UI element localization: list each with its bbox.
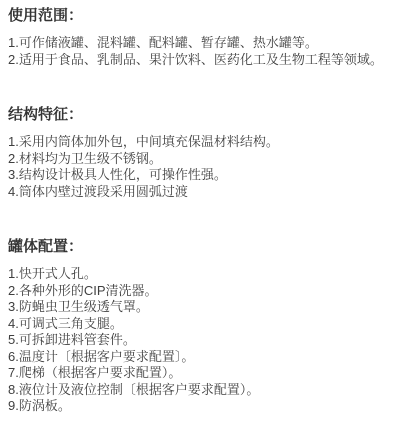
section-heading-tank-configuration: 罐体配置： (8, 238, 390, 256)
list-item: 7.爬梯（根据客户要求配置）。 (8, 365, 390, 382)
list-item: 5.可拆卸进料管套件。 (8, 332, 390, 349)
page: { "colors": { "background": "#ffffff", "… (0, 0, 398, 432)
list-item: 8.液位计及液位控制〔根据客户要求配置）。 (8, 382, 390, 399)
section-heading-usage-scope: 使用范围： (8, 7, 390, 25)
list-item: 3.结构设计极具人性化，可操作性强。 (8, 167, 390, 184)
section-list-usage-scope: 1.可作储液罐、混料罐、配料罐、暂存罐、热水罐等。 2.适用于食品、乳制品、果汁… (8, 35, 390, 68)
section-structural-features: 结构特征： 1.采用内筒体加外包，中间填充保温材料结构。 2.材料均为卫生级不锈… (8, 106, 390, 200)
list-item: 2.材料均为卫生级不锈钢。 (8, 151, 390, 168)
list-item: 3.防蝇虫卫生级透气罩。 (8, 299, 390, 316)
list-item: 9.防涡板。 (8, 398, 390, 415)
product-description-document: 使用范围： 1.可作储液罐、混料罐、配料罐、暂存罐、热水罐等。 2.适用于食品、… (0, 0, 398, 415)
section-usage-scope: 使用范围： 1.可作储液罐、混料罐、配料罐、暂存罐、热水罐等。 2.适用于食品、… (8, 7, 390, 68)
list-item: 2.各种外形的CIP清洗器。 (8, 283, 390, 300)
list-item: 6.温度计〔根据客户要求配置〕。 (8, 349, 390, 366)
section-tank-configuration: 罐体配置： 1.快开式人孔。 2.各种外形的CIP清洗器。 3.防蝇虫卫生级透气… (8, 238, 390, 415)
list-item: 1.可作储液罐、混料罐、配料罐、暂存罐、热水罐等。 (8, 35, 390, 52)
section-heading-structural-features: 结构特征： (8, 106, 390, 124)
section-list-structural-features: 1.采用内筒体加外包，中间填充保温材料结构。 2.材料均为卫生级不锈钢。 3.结… (8, 134, 390, 200)
list-item: 2.适用于食品、乳制品、果汁饮料、医药化工及生物工程等领域。 (8, 52, 390, 69)
list-item: 4.筒体内壁过渡段采用圆弧过渡 (8, 184, 390, 201)
list-item: 1.采用内筒体加外包，中间填充保温材料结构。 (8, 134, 390, 151)
list-item: 4.可调式三角支腿。 (8, 316, 390, 333)
section-list-tank-configuration: 1.快开式人孔。 2.各种外形的CIP清洗器。 3.防蝇虫卫生级透气罩。 4.可… (8, 266, 390, 415)
list-item: 1.快开式人孔。 (8, 266, 390, 283)
